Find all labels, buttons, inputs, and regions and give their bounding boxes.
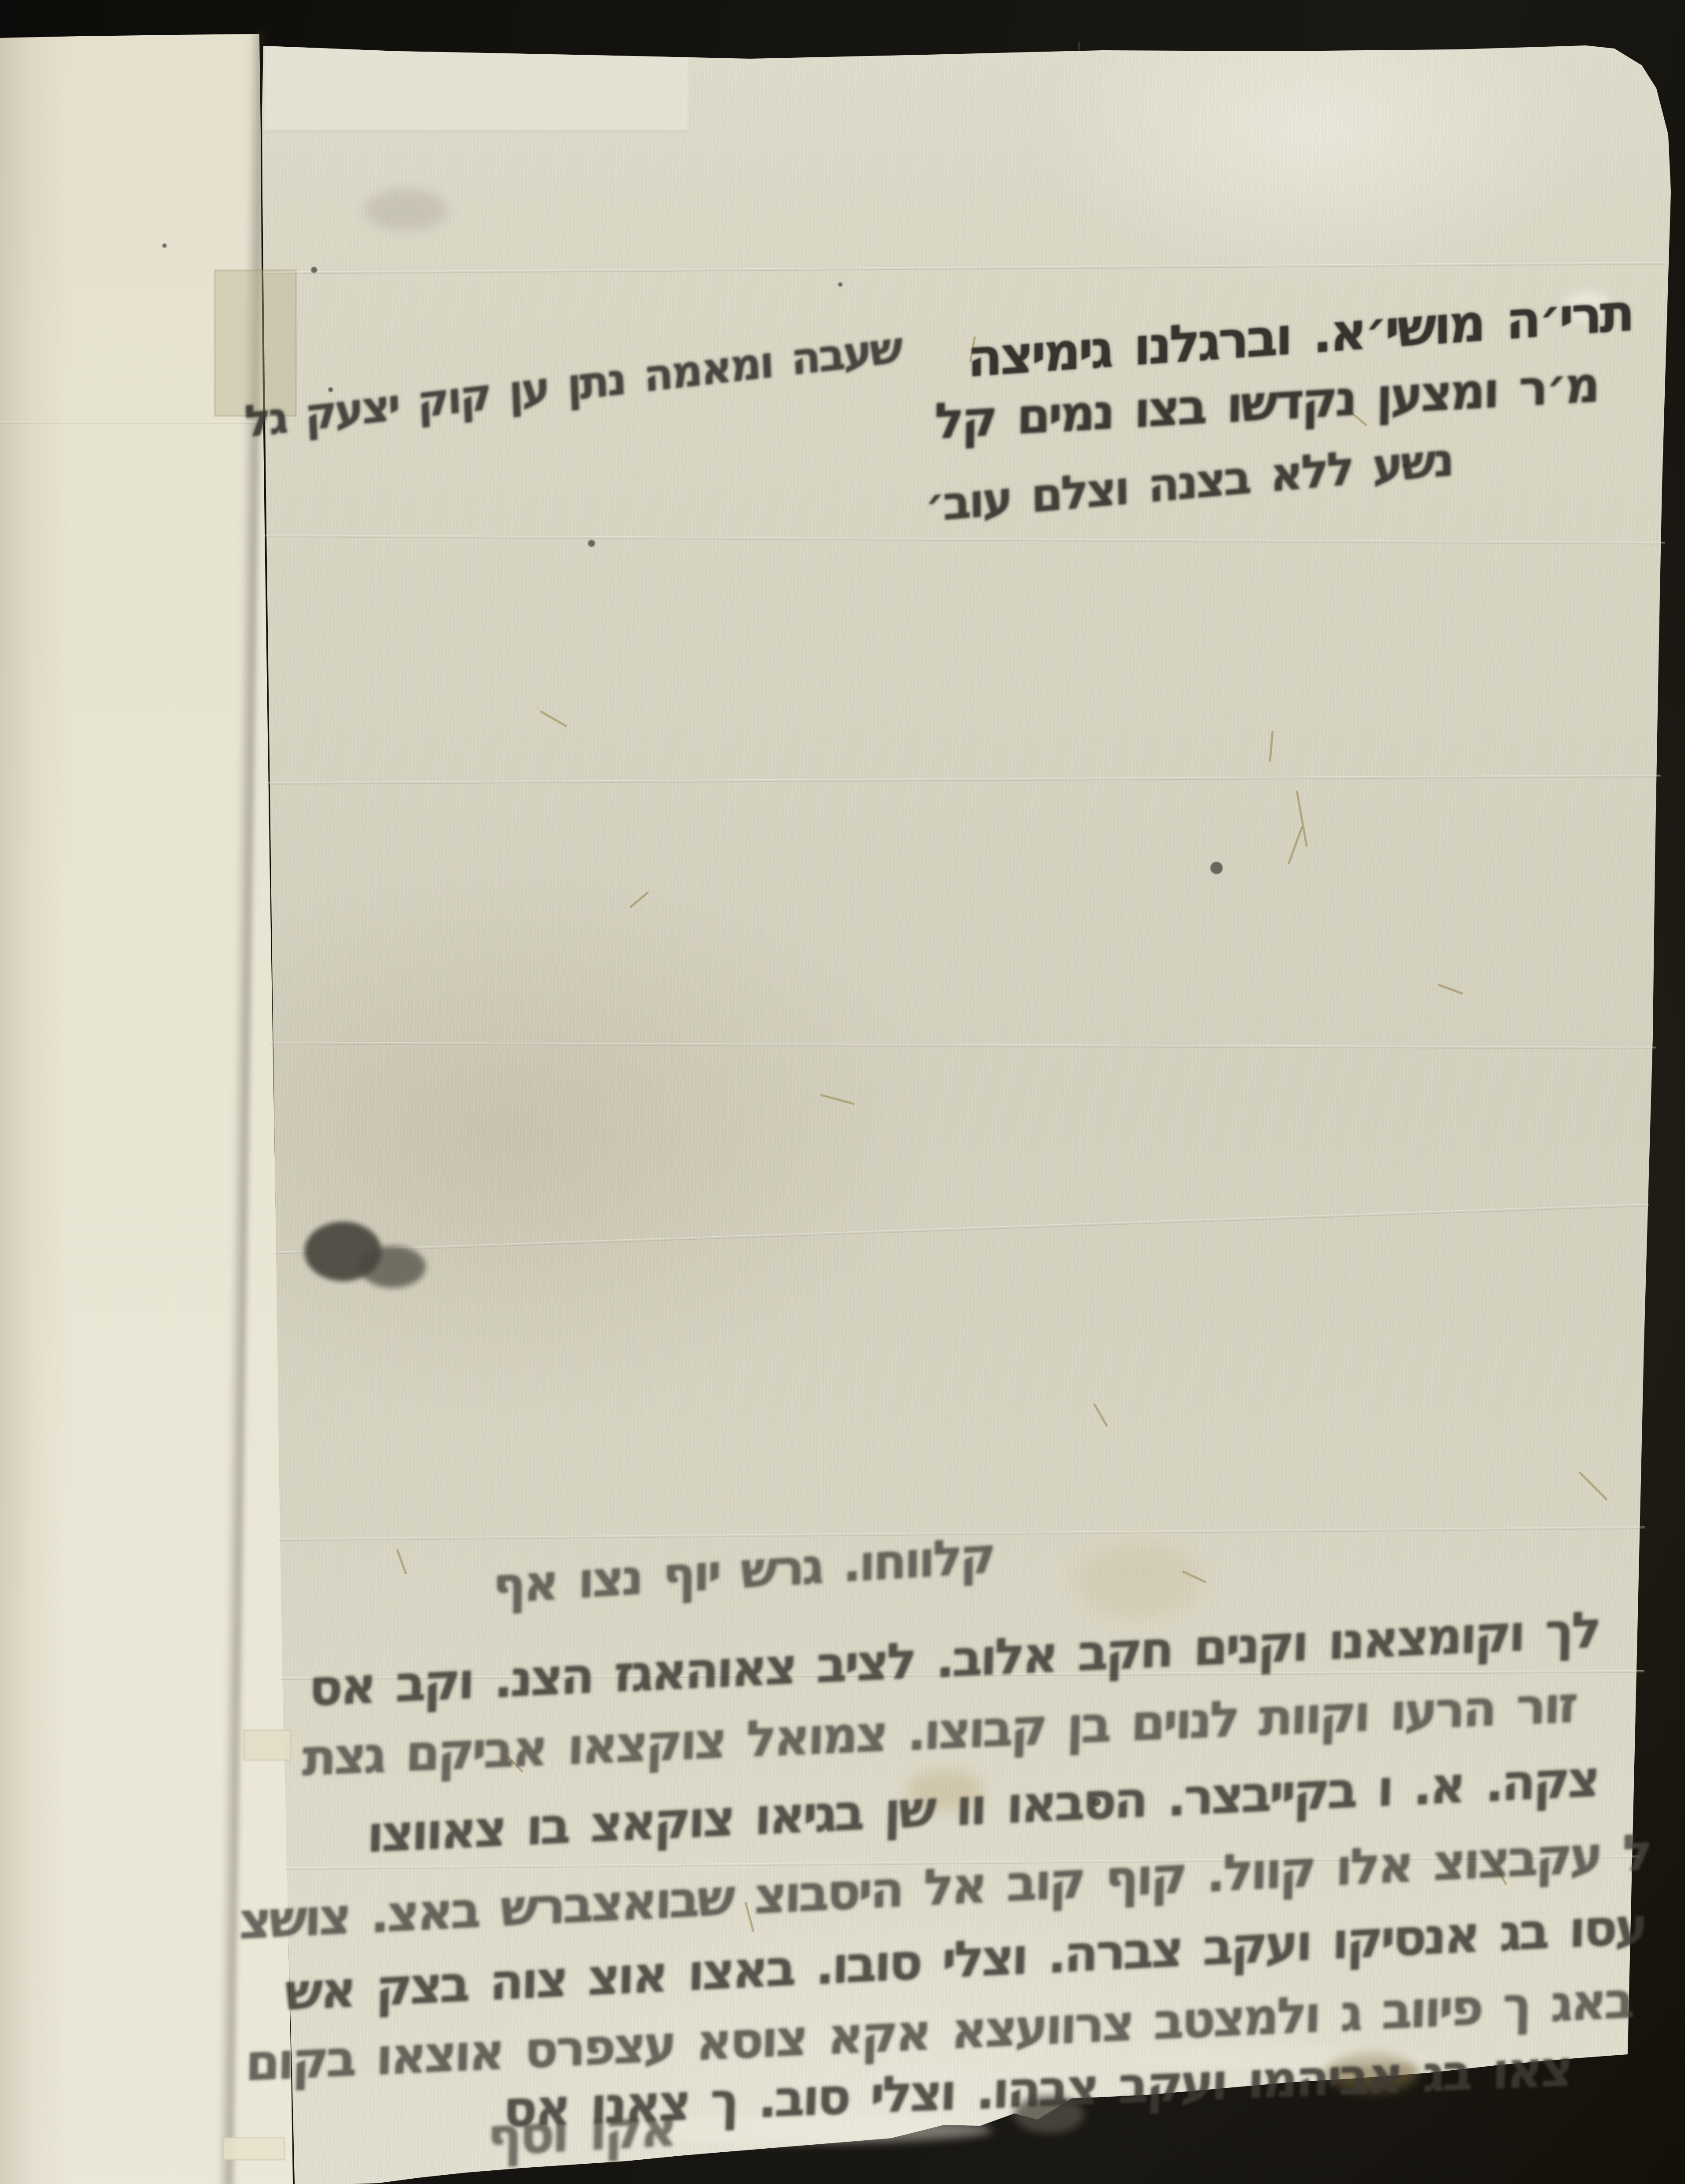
repair-patch xyxy=(223,2137,285,2160)
stain-mark xyxy=(364,189,448,231)
fold-crease-vertical xyxy=(1442,536,1443,1014)
stain-mark xyxy=(359,1246,426,1288)
fold-crease xyxy=(0,421,259,424)
leaf-top-seam-band xyxy=(265,44,688,132)
fold-crease-vertical xyxy=(1078,42,1080,276)
repair-patch xyxy=(243,1730,291,1761)
handwriting-line: אקו וסף xyxy=(487,2102,675,2164)
ink-speck xyxy=(162,243,167,248)
ink-speck xyxy=(1210,862,1223,874)
manuscript-photo: תרי׳ה מושי׳א. וברגלנו גימיצהמ׳ר ומצען נק… xyxy=(0,0,1685,2184)
stain-mark xyxy=(1076,1544,1200,1619)
ink-speck xyxy=(588,540,595,547)
ink-speck xyxy=(838,282,842,287)
ink-speck xyxy=(311,267,317,273)
